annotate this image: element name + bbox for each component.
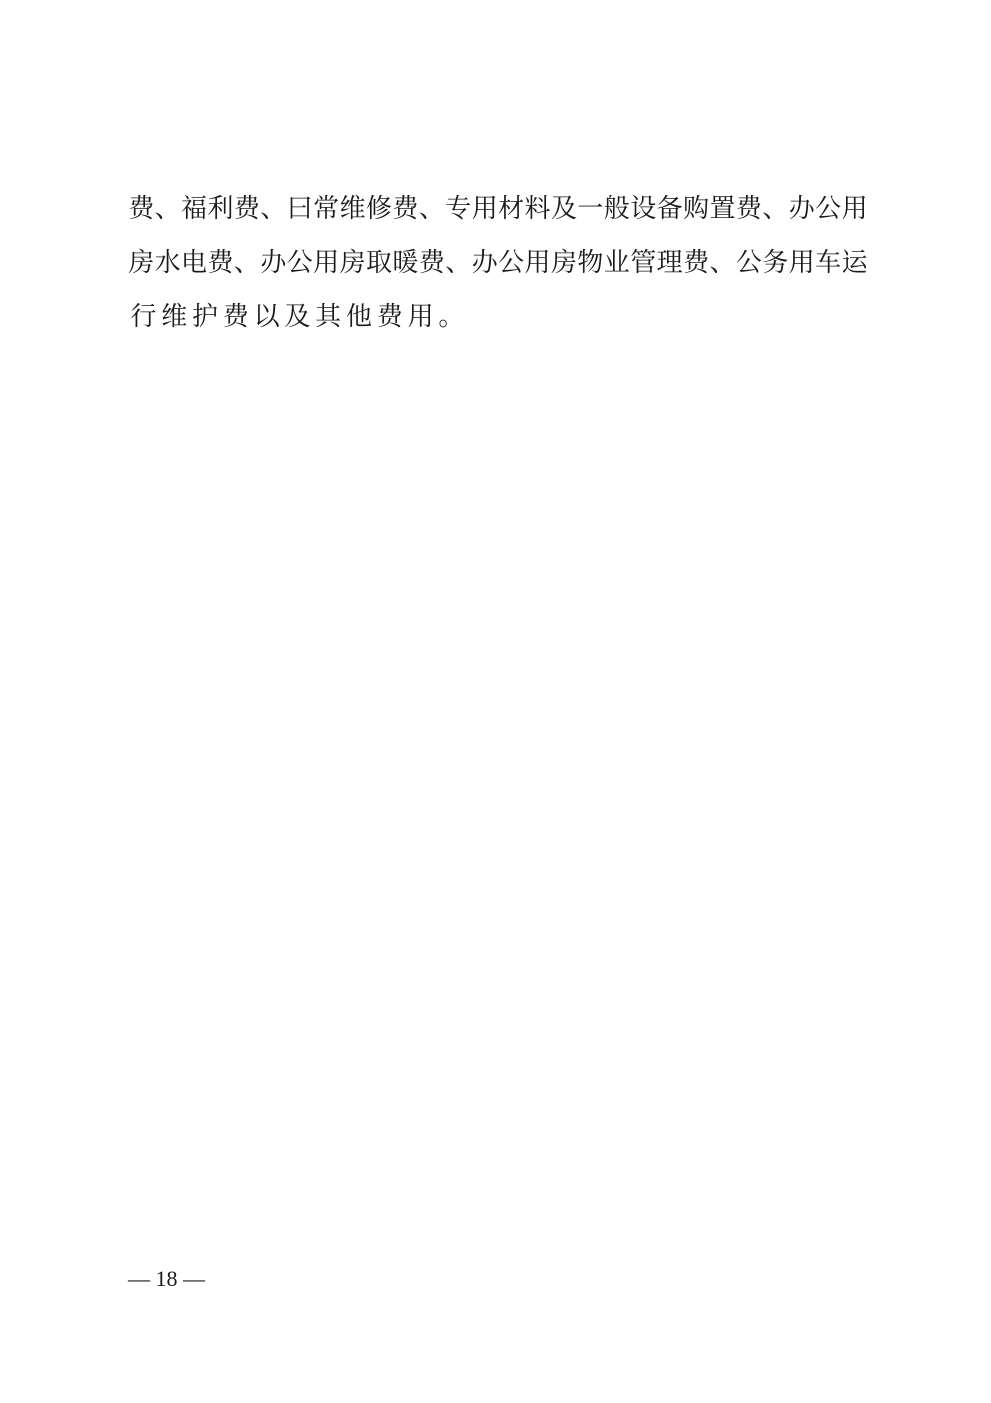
text-line-3: 行维护费以及其他费用。 [128, 294, 868, 348]
text-line-2: 房水电费、办公用房取暖费、办公用房物业管理费、公务用车运 [128, 240, 868, 294]
text-char: 公 [815, 186, 841, 240]
text-char: 用 [471, 186, 497, 240]
text-char: 。 [436, 294, 467, 348]
text-char: 费 [128, 186, 154, 240]
text-char: 业 [604, 240, 630, 294]
text-char: 其 [313, 294, 344, 348]
text-char: 行 [128, 294, 159, 348]
text-char: 维 [339, 186, 365, 240]
text-char: 公 [287, 240, 313, 294]
text-char: 水 [154, 240, 180, 294]
text-char: 置 [709, 186, 735, 240]
text-char: 费 [419, 240, 445, 294]
text-char: 、 [419, 186, 445, 240]
text-char: 办 [789, 186, 815, 240]
text-char: 费 [392, 186, 418, 240]
text-char: 务 [762, 240, 788, 294]
text-char: 费 [220, 294, 251, 348]
text-char: 常 [313, 186, 339, 240]
text-char: 、 [154, 186, 180, 240]
text-char: 车 [815, 240, 841, 294]
text-char: 及 [282, 294, 313, 348]
text-char: 一 [577, 186, 603, 240]
text-char: 公 [736, 240, 762, 294]
text-char: 、 [762, 186, 788, 240]
text-char: 用 [841, 186, 867, 240]
text-char: 料 [524, 186, 550, 240]
text-char: 费 [374, 294, 405, 348]
text-char: 物 [577, 240, 603, 294]
body-paragraph: 费、福利费、曰常维修费、专用材料及一般设备购置费、办公用 房水电费、办公用房取暖… [128, 186, 868, 348]
text-char: 以 [251, 294, 282, 348]
text-char: 护 [190, 294, 221, 348]
text-char: 维 [159, 294, 190, 348]
text-char: 电 [181, 240, 207, 294]
text-char: 备 [656, 186, 682, 240]
text-char: 理 [656, 240, 682, 294]
text-char: 设 [630, 186, 656, 240]
text-char: 用 [405, 294, 436, 348]
text-char: 购 [683, 186, 709, 240]
text-char: 取 [366, 240, 392, 294]
text-char: 材 [498, 186, 524, 240]
text-char: 暖 [392, 240, 418, 294]
text-char: 运 [841, 240, 867, 294]
text-char: 用 [524, 240, 550, 294]
document-page: 费、福利费、曰常维修费、专用材料及一般设备购置费、办公用 房水电费、办公用房取暖… [0, 0, 991, 1403]
text-char: 用 [313, 240, 339, 294]
text-char: 用 [789, 240, 815, 294]
text-char: 他 [344, 294, 375, 348]
text-char: 福 [181, 186, 207, 240]
text-char: 房 [128, 240, 154, 294]
text-char: 修 [366, 186, 392, 240]
page-number: — 18 — [128, 1266, 205, 1292]
text-char: 房 [339, 240, 365, 294]
text-char: 办 [471, 240, 497, 294]
text-char: 利 [207, 186, 233, 240]
text-char: 费 [207, 240, 233, 294]
text-char: 费 [736, 186, 762, 240]
text-char: 专 [445, 186, 471, 240]
text-char: 费 [683, 240, 709, 294]
text-char: 及 [551, 186, 577, 240]
text-char: 、 [709, 240, 735, 294]
text-char: 、 [445, 240, 471, 294]
text-char: 、 [234, 240, 260, 294]
text-line-1: 费、福利费、曰常维修费、专用材料及一般设备购置费、办公用 [128, 186, 868, 240]
text-char: 房 [551, 240, 577, 294]
text-char: 公 [498, 240, 524, 294]
text-char: 办 [260, 240, 286, 294]
text-char: 管 [630, 240, 656, 294]
text-char: 曰 [287, 186, 313, 240]
text-char: 费 [234, 186, 260, 240]
text-char: 般 [604, 186, 630, 240]
text-char: 、 [260, 186, 286, 240]
